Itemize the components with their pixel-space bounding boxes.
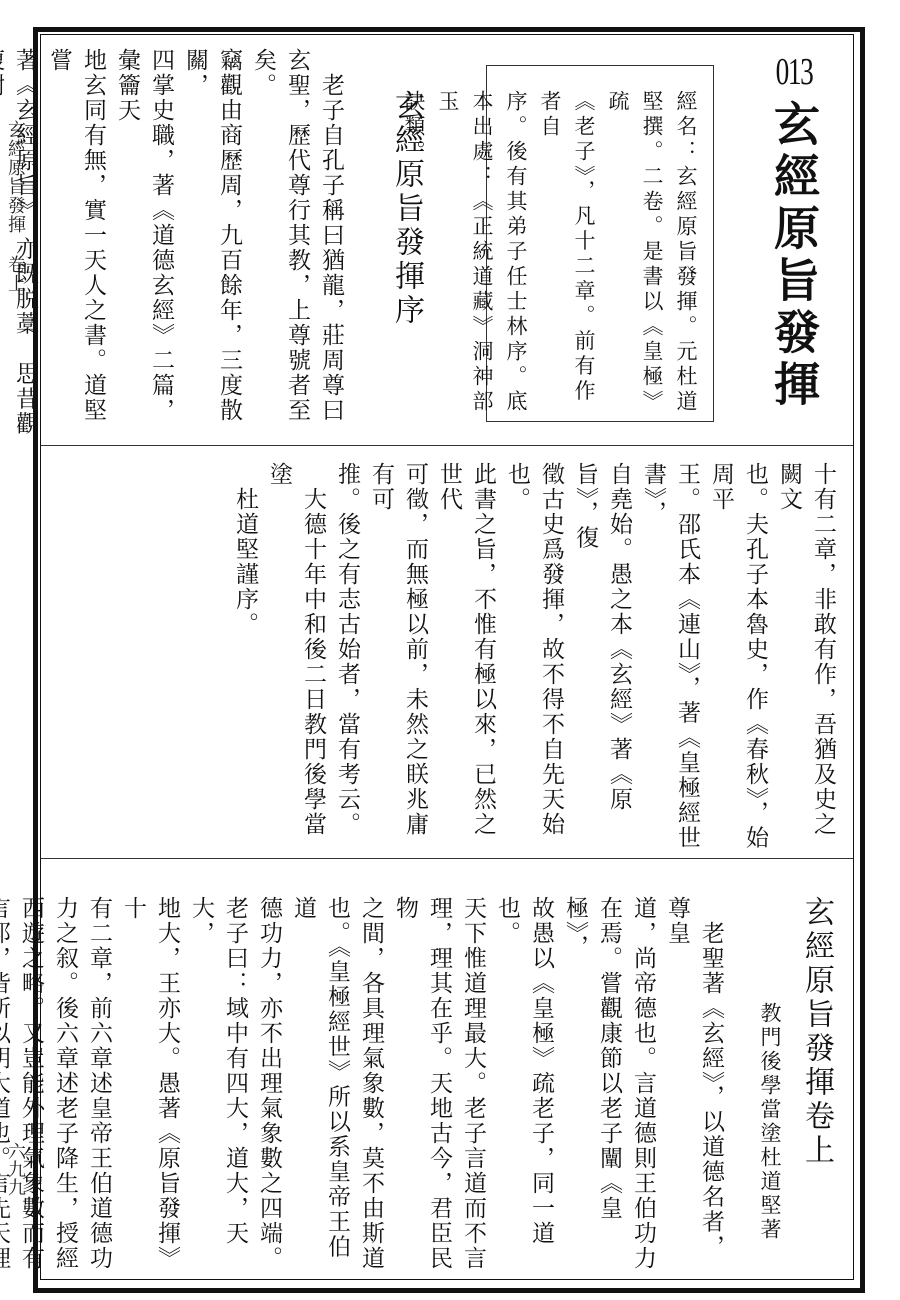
text-column: 有二章，前六章述皇帝王伯道德功: [82, 896, 116, 1282]
info-line: 經名：玄經原旨發揮。元杜道: [669, 90, 703, 420]
text-column: 四掌史職，著《道德玄經》二篇，彙籥天: [110, 48, 178, 440]
section-divider-1: [41, 445, 853, 446]
text-column: 自堯始。愚之本《玄經》著《原旨》，復: [568, 462, 636, 854]
text-column: 道，尚帝德也。言道德則王伯功力: [626, 896, 660, 1282]
info-line: 《老子》，凡十二章。前有作者自: [533, 90, 601, 420]
text-column: 之間，各具理氣象數，莫不由斯道: [354, 896, 388, 1282]
preface-body-middle: 十有二章，非敢有作，吾猶及史之闕文 也。夫孔子本魯史，作《春秋》，始周平 王。邵…: [500, 462, 840, 854]
text-column: 也。夫孔子本魯史，作《春秋》，始周平: [704, 462, 772, 854]
text-column: 在焉。嘗觀康節以老子闡《皇極》，: [558, 896, 626, 1282]
info-line: 序。後有其弟子任士林序。底: [499, 90, 533, 420]
text-column: 徵古史爲發揮，故不得不自先天始也。: [500, 462, 568, 854]
text-column: 老子自孔子稱曰猶龍，莊周尊曰: [314, 48, 348, 440]
text-column: 大德十年中和後二日教門後學當塗: [262, 462, 330, 854]
text-column: 可徵，而無極以前，未然之眹兆庸有可: [364, 462, 432, 854]
text-column: 也。《皇極經世》所以系皇帝王伯道: [286, 896, 354, 1282]
text-column: 天下惟道理最大。老子言道而不言: [456, 896, 490, 1282]
info-line: 本出處：《正統道藏》洞神部玉: [431, 90, 499, 420]
text-column: 力之叙。後六章述老子降生，授經: [48, 896, 82, 1282]
text-column: 理，理其在乎。天地古今，君臣民物: [388, 896, 456, 1282]
text-column: 老子曰：域中有四大，道大，天大，: [184, 896, 252, 1282]
text-column: 杜道堅謹序。: [228, 462, 262, 854]
entry-code: 013: [772, 50, 815, 94]
entry-title: 玄經原旨發揮: [766, 100, 822, 412]
info-line: 堅撰。二卷。是書以《皇極》疏: [601, 90, 669, 420]
catalog-info-box: 經名：玄經原旨發揮。元杜道 堅撰。二卷。是書以《皇極》疏 《老子》，凡十二章。前…: [486, 65, 714, 422]
text-column: 老聖著《玄經》，以道德名者，尊皇: [660, 896, 728, 1282]
text-column: 西遊之略。又豈能外理氣象數而有: [14, 896, 48, 1282]
text-column: 王。邵氏本《連山》，著《皇極經世書》，: [636, 462, 704, 854]
entry-heading: 013 玄經原旨發揮: [764, 50, 824, 416]
section-divider-2: [41, 858, 853, 859]
catalog-info-text: 經名：玄經原旨發揮。元杜道 堅撰。二卷。是書以《皇極》疏 《老子》，凡十二章。前…: [397, 90, 703, 420]
volume-body: 老聖著《玄經》，以道德名者，尊皇 道，尚帝德也。言道德則王伯功力 在焉。嘗觀康節…: [48, 896, 728, 1282]
volume-title: 玄經原旨發揮卷上: [796, 896, 836, 1196]
text-column: 玄聖，歷代尊行其教，上尊號者至矣。: [246, 48, 314, 440]
text-column: 此書之旨，不惟有極以來，已然之世代: [432, 462, 500, 854]
text-column: 推。後之有志古始者，當有考云。: [330, 462, 364, 854]
text-column: 地大，王亦大。愚著《原旨發揮》十: [116, 896, 184, 1282]
text-column: 十有二章，非敢有作，吾猶及史之闕文: [772, 462, 840, 854]
volume-author: 教門後學當塗杜道堅著: [755, 1002, 785, 1262]
preface-body-top: 老子自孔子稱曰猶龍，莊周尊曰 玄聖，歷代尊行其教，上尊號者至矣。 竊觀由商歷周，…: [48, 48, 348, 440]
text-column: 德功力，亦不出理氣象數之四端。: [252, 896, 286, 1282]
text-column: 故愚以《皇極》疏老子，同一道也。: [490, 896, 558, 1282]
text-column: 言耶，皆所以明大道也。言先天理: [0, 896, 14, 1282]
text-column: 竊觀由商歷周，九百餘年，三度散關，: [178, 48, 246, 440]
preface-title: 玄經原旨發揮序: [386, 90, 426, 350]
text-column: 地玄同有無，實一天人之書。道堅嘗: [42, 48, 110, 440]
text-column: 著《玄經原旨》，亦既脱藁，思昔觀復謝: [0, 48, 42, 440]
